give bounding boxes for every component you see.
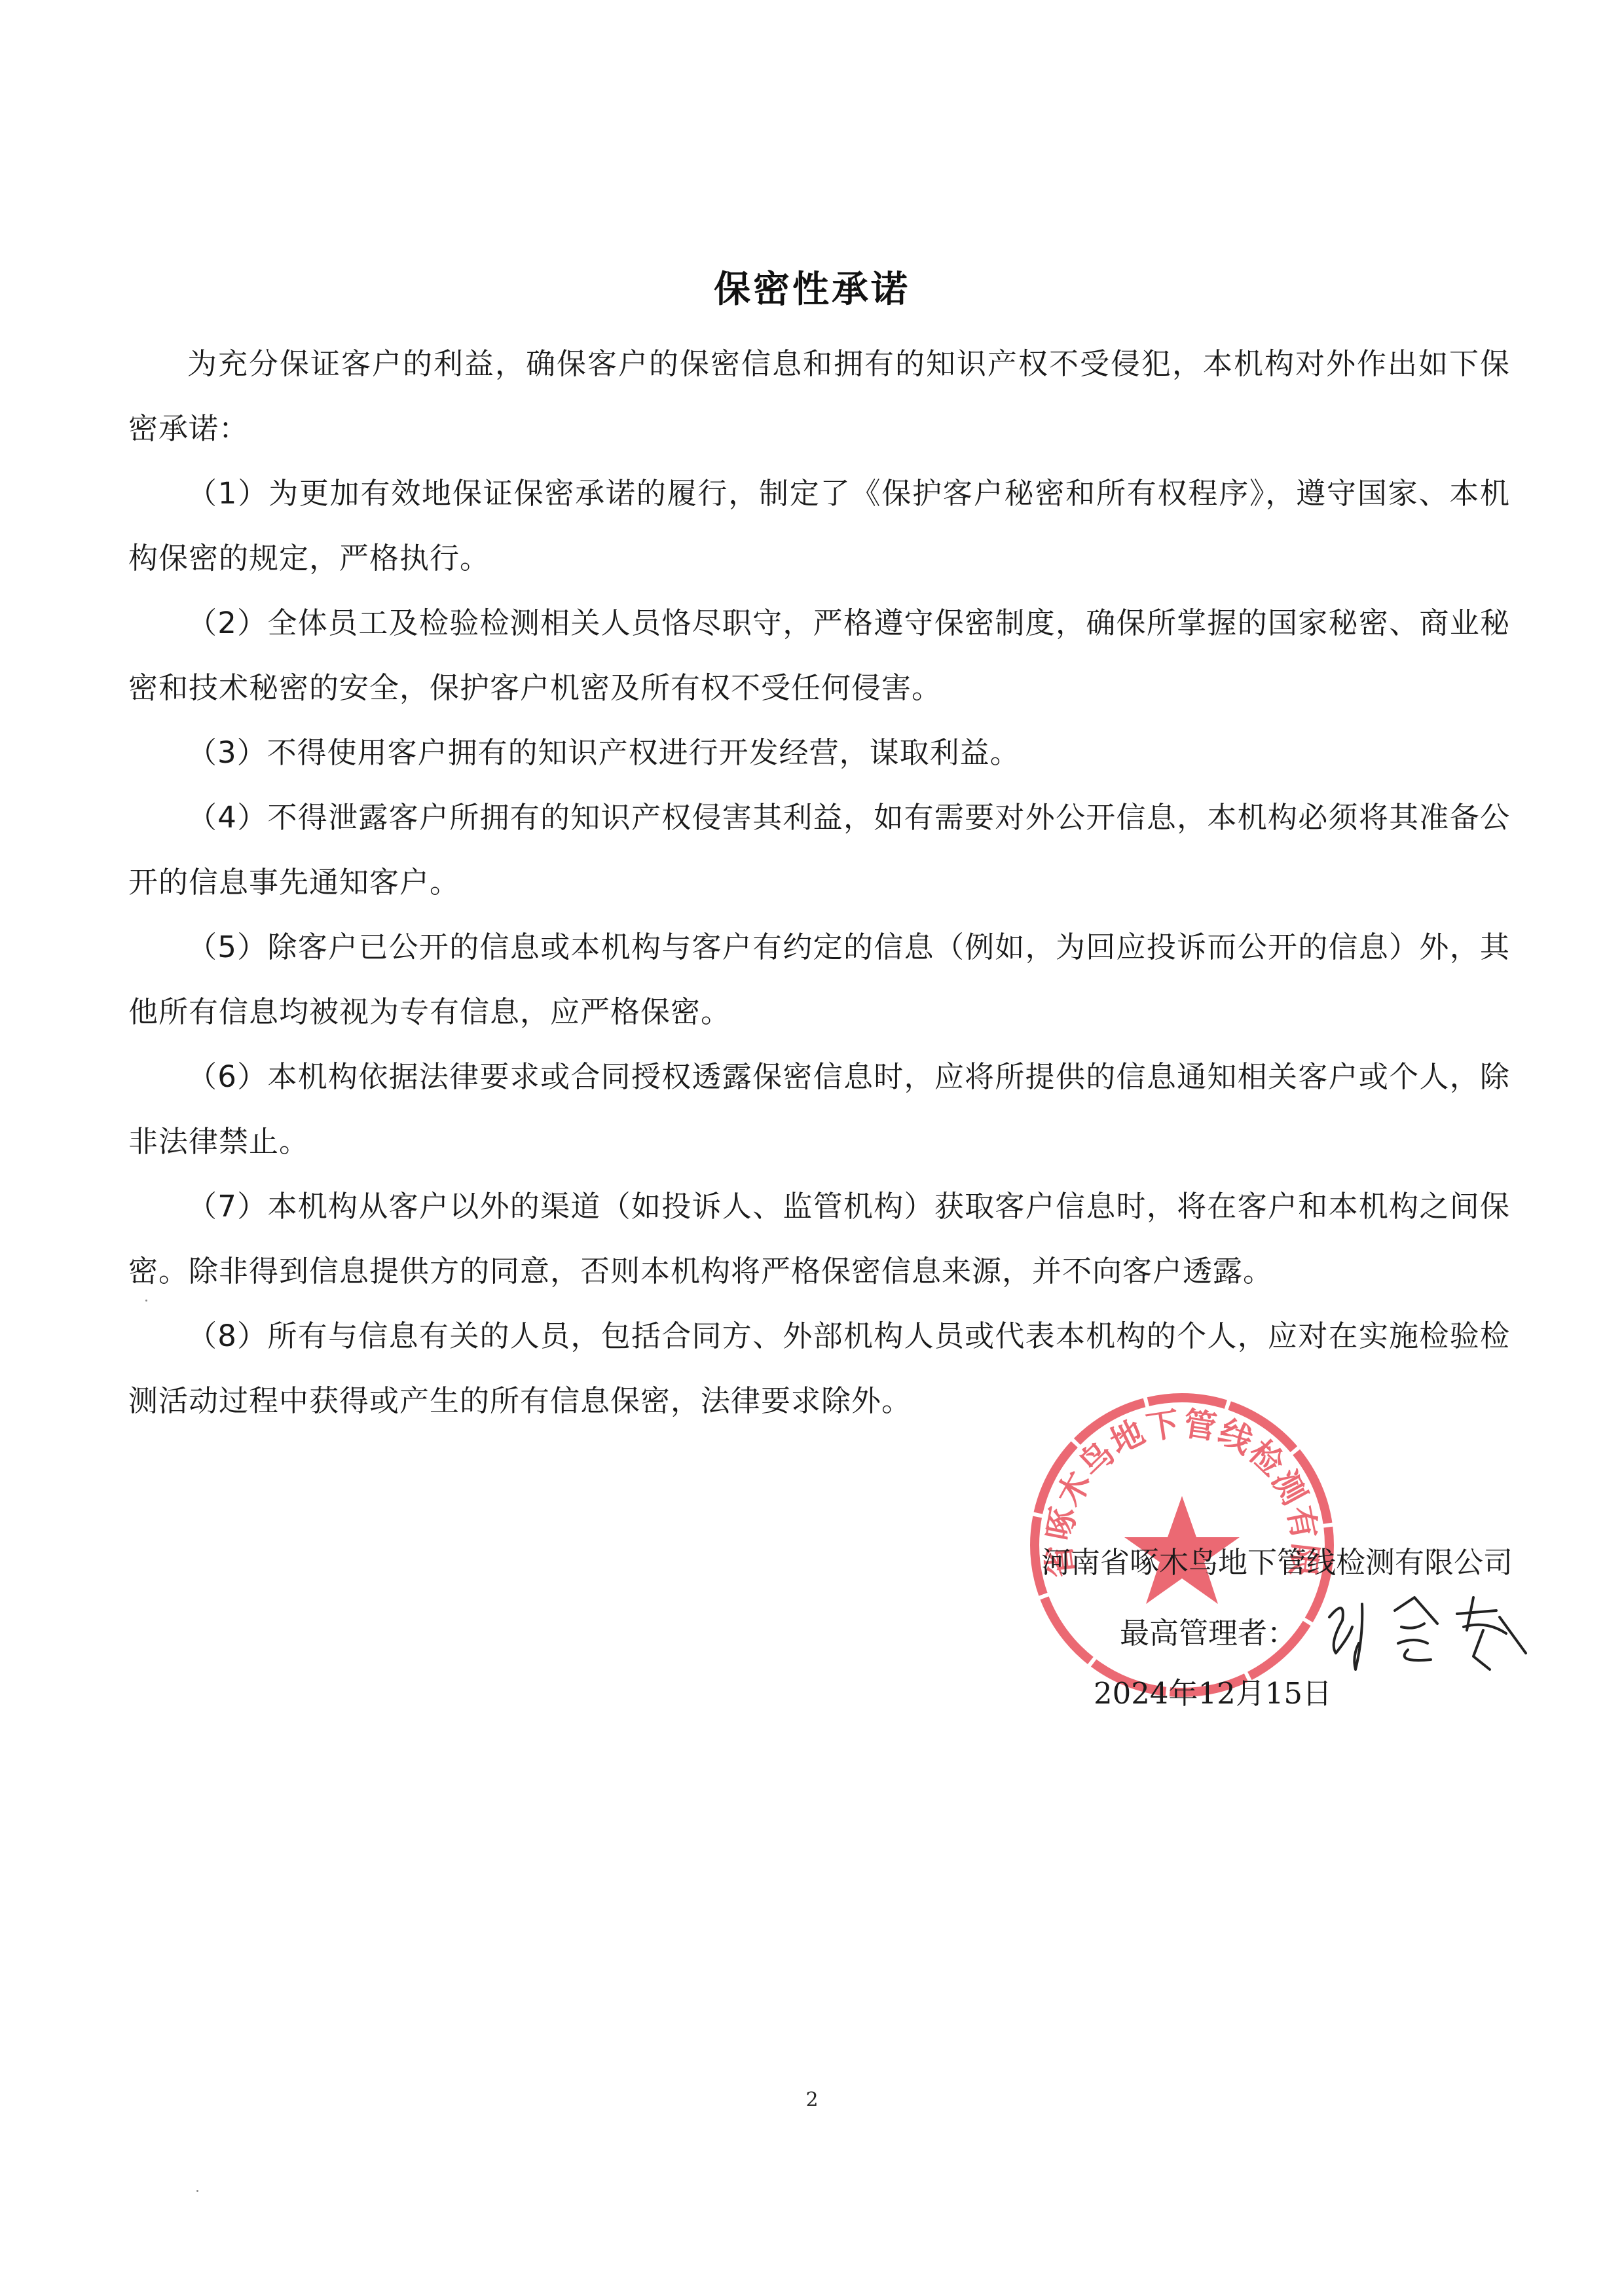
clause-4: （4）不得泄露客户所拥有的知识产权侵害其利益，如有需要对外公开信息，本机构必须将…: [128, 785, 1510, 915]
manager-label: 最高管理者：: [1120, 1609, 1297, 1652]
signature-date: 2024年12月15日: [1094, 1669, 1332, 1712]
clause-6: （6）本机构依据法律要求或合同授权透露保密信息时，应将所提供的信息通知相关客户或…: [128, 1044, 1510, 1174]
document-title: 保密性承诺: [0, 261, 1624, 313]
scan-artifact: [145, 1300, 147, 1302]
clause-5: （5）除客户已公开的信息或本机构与客户有约定的信息（例如，为回应投诉而公开的信息…: [128, 915, 1510, 1044]
document-page: 保密性承诺 为充分保证客户的利益，确保客户的保密信息和拥有的知识产权不受侵犯，本…: [0, 0, 1624, 2296]
intro-paragraph: 为充分保证客户的利益，确保客户的保密信息和拥有的知识产权不受侵犯，本机构对外作出…: [128, 331, 1510, 461]
company-name: 河南省啄木鸟地下管线检测有限公司: [1041, 1539, 1513, 1581]
clause-3: （3）不得使用客户拥有的知识产权进行开发经营，谋取利益。: [128, 720, 1510, 785]
page-number: 2: [0, 2088, 1624, 2111]
clause-7: （7）本机构从客户以外的渠道（如投诉人、监管机构）获取客户信息时，将在客户和本机…: [128, 1174, 1510, 1303]
scan-artifact: [196, 2190, 198, 2192]
clause-2: （2）全体员工及检验检测相关人员恪尽职守，严格遵守保密制度，确保所掌握的国家秘密…: [128, 591, 1510, 720]
clause-1: （1）为更加有效地保证保密承诺的履行，制定了《保护客户秘密和所有权程序》，遵守国…: [128, 461, 1510, 591]
handwritten-signature-icon: [1316, 1591, 1539, 1676]
document-body: 为充分保证客户的利益，确保客户的保密信息和拥有的知识产权不受侵犯，本机构对外作出…: [128, 331, 1510, 1433]
